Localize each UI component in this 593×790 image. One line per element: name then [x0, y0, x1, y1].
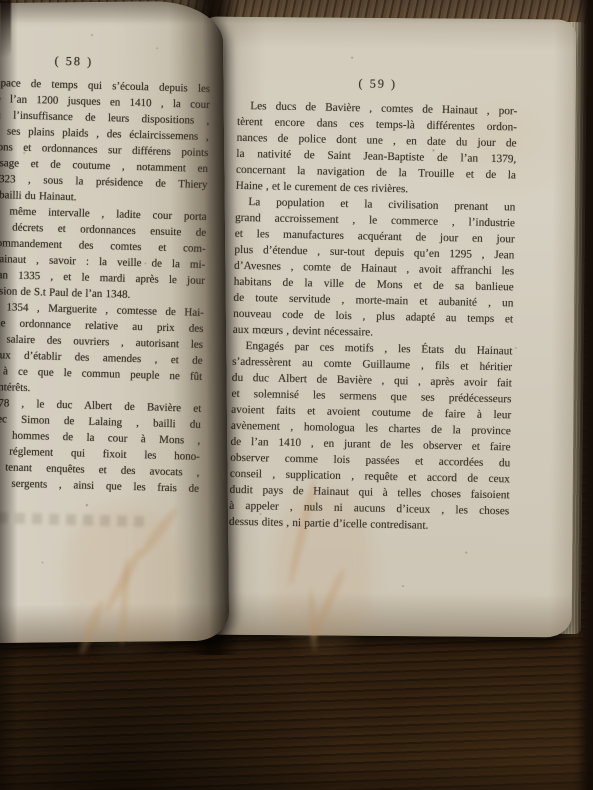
right-page-lines: Les ducs de Bavière , comtes de Hainaut … — [229, 98, 518, 536]
left-page-lines: space de temps qui s’écoula depuis lese … — [0, 75, 210, 497]
left-page: ( 58 ) space de temps qui s’écoula depui… — [0, 1, 229, 644]
left-page-number: ( 58 ) — [0, 50, 181, 73]
left-page-text: ( 58 ) space de temps qui s’écoula depui… — [0, 51, 211, 497]
book-photo: ( 58 ) space de temps qui s’écoula depui… — [0, 0, 593, 790]
wood-table-right-edge — [578, 0, 593, 790]
right-page-text: ( 59 ) Les ducs de Bavière , comtes de H… — [229, 73, 518, 536]
right-page: ( 59 ) Les ducs de Bavière , comtes de H… — [198, 17, 577, 638]
book-cover-edge — [0, 0, 11, 58]
right-page-number: ( 59 ) — [238, 73, 518, 95]
